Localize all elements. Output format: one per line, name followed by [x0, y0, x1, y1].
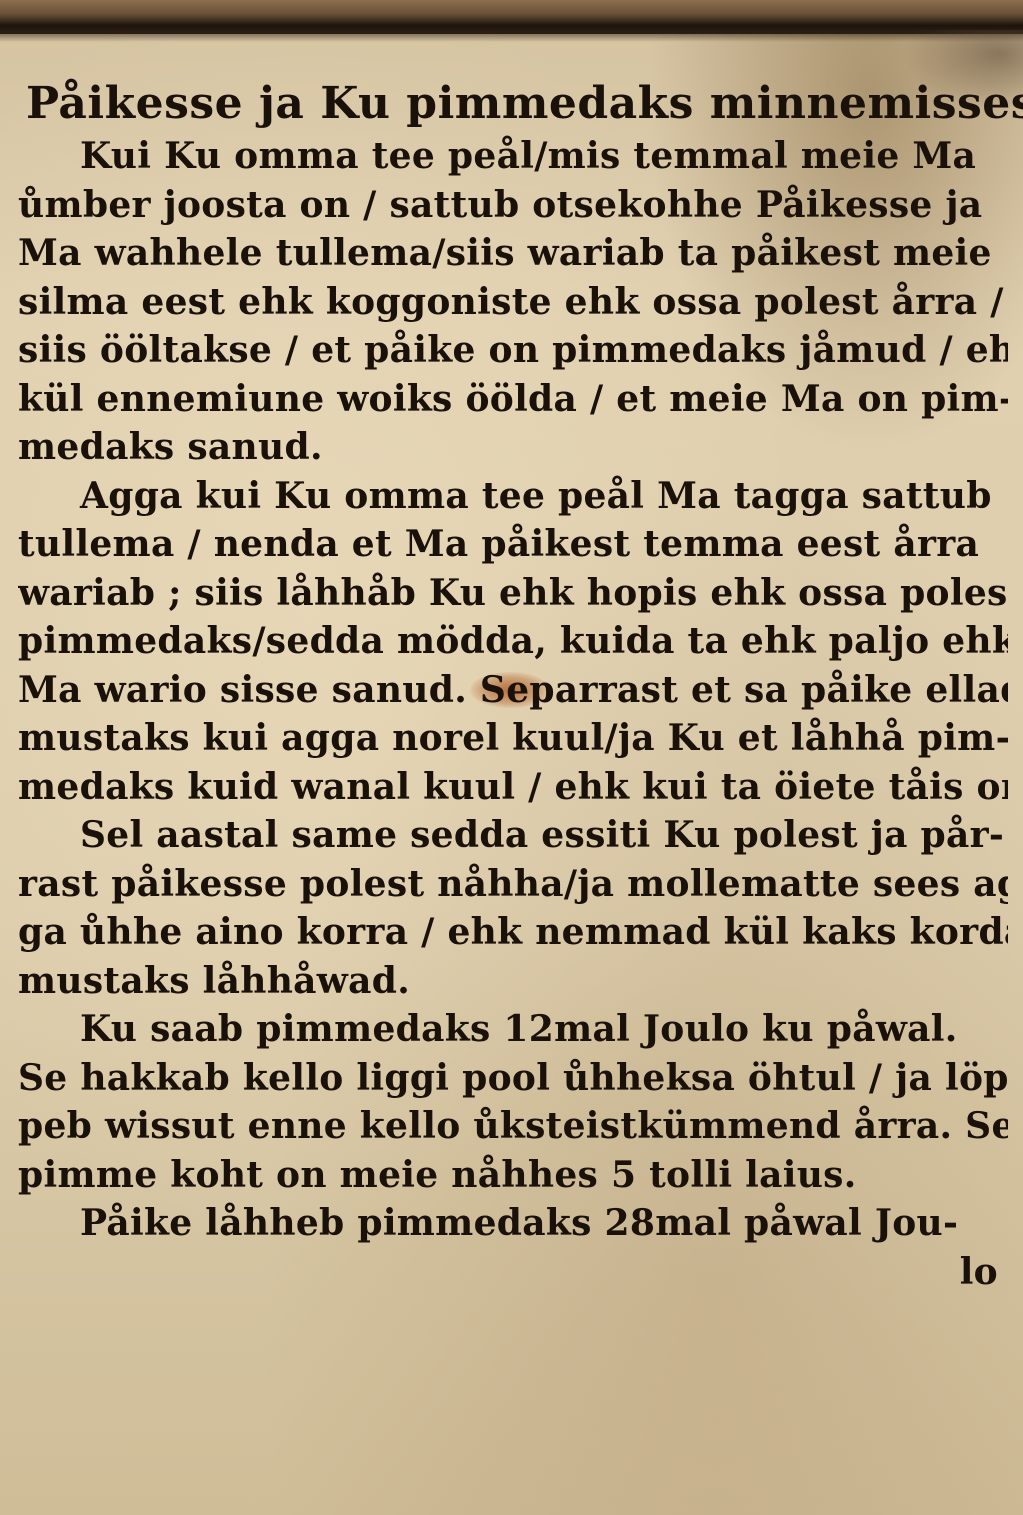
text-block: Påikesse ja Ku pimmedaks minnemissest Ku…: [18, 80, 1008, 1296]
text-line: silma eest ehk koggoniste ehk ossa poles…: [18, 278, 1008, 327]
text-line: Påike låhheb pimmedaks 28mal påwal Jou-: [18, 1199, 1008, 1248]
text-line: mustaks låhhåwad.: [18, 957, 1008, 1006]
text-line: tullema / nenda et Ma påikest temma eest…: [18, 520, 1008, 569]
text-line: Ma wahhele tullema/siis wariab ta påikes…: [18, 229, 1008, 278]
text-line: mustaks kui agga norel kuul/ja Ku et låh…: [18, 714, 1008, 763]
page-heading: Påikesse ja Ku pimmedaks minnemissest: [26, 80, 1008, 128]
paragraph-4: Ku saab pimmedaks 12mal Joulo ku påwal. …: [18, 1005, 1008, 1199]
text-line: peb wissut enne kello ůksteistkümmend år…: [18, 1102, 1008, 1151]
paragraph-1: Kui Ku omma tee peål/mis temmal meie Ma …: [18, 132, 1008, 472]
text-line: ga ůhhe aino korra / ehk nemmad kül kaks…: [18, 908, 1008, 957]
text-line: medaks kuid wanal kuul / ehk kui ta öiet…: [18, 763, 1008, 812]
text-line: siis ööltakse / et påike on pimmedaks jå…: [18, 326, 1008, 375]
text-line: Agga kui Ku omma tee peål Ma tagga sattu…: [18, 472, 1008, 521]
scanned-page: Påikesse ja Ku pimmedaks minnemissest Ku…: [0, 0, 1023, 1515]
page-top-edge: [0, 0, 1023, 34]
text-line: Kui Ku omma tee peål/mis temmal meie Ma: [18, 132, 1008, 181]
text-line: wariab ; siis låhhåb Ku ehk hopis ehk os…: [18, 569, 1008, 618]
paragraph-5: Påike låhheb pimmedaks 28mal påwal Jou- …: [18, 1199, 1008, 1296]
catchword: lo: [18, 1248, 1008, 1297]
text-line: kül ennemiune woiks öölda / et meie Ma o…: [18, 375, 1008, 424]
text-line: ůmber joosta on / sattub otsekohhe Påike…: [18, 181, 1008, 230]
paragraph-2: Agga kui Ku omma tee peål Ma tagga sattu…: [18, 472, 1008, 812]
text-line: Ku saab pimmedaks 12mal Joulo ku påwal.: [18, 1005, 1008, 1054]
text-line: rast påikesse polest nåhha/ja mollematte…: [18, 860, 1008, 909]
text-line: pimme koht on meie nåhhes 5 tolli laius.: [18, 1151, 1008, 1200]
text-line: Ma wario sisse sanud. Separrast et sa på…: [18, 666, 1008, 715]
text-line: pimmedaks/sedda mödda, kuida ta ehk palj…: [18, 617, 1008, 666]
text-line: medaks sanud.: [18, 423, 1008, 472]
text-line: Se hakkab kello liggi pool ůhheksa öhtul…: [18, 1054, 1008, 1103]
paragraph-3: Sel aastal same sedda essiti Ku polest j…: [18, 811, 1008, 1005]
text-line: Sel aastal same sedda essiti Ku polest j…: [18, 811, 1008, 860]
